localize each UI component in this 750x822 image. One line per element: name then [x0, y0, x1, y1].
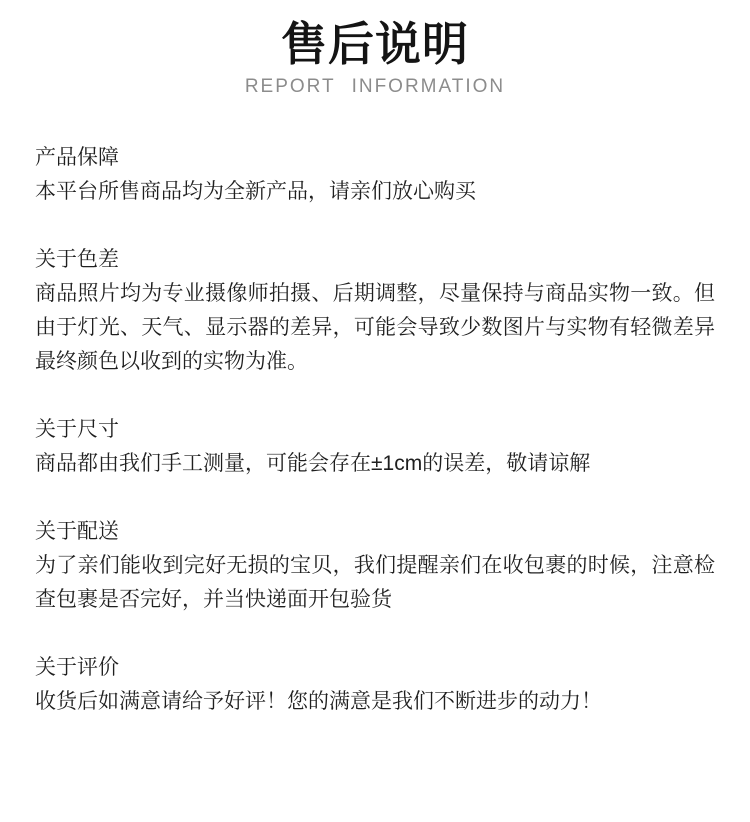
- section-heading: 产品保障: [35, 141, 715, 175]
- sections-container: 产品保障 本平台所售商品均为全新产品，请亲们放心购买 关于色差 商品照片均为专业…: [0, 141, 750, 719]
- section-product-guarantee: 产品保障 本平台所售商品均为全新产品，请亲们放心购买: [35, 141, 715, 209]
- section-color-difference: 关于色差 商品照片均为专业摄像师拍摄、后期调整，尽量保持与商品实物一致。但由于灯…: [35, 243, 715, 379]
- section-heading: 关于配送: [35, 515, 715, 549]
- section-heading: 关于评价: [35, 651, 715, 685]
- section-body: 本平台所售商品均为全新产品，请亲们放心购买: [35, 175, 715, 209]
- section-body: 收货后如满意请给予好评！您的满意是我们不断进步的动力！: [35, 685, 715, 719]
- page-header: 售后说明 REPORT INFORMATION: [0, 0, 750, 99]
- section-body: 商品都由我们手工测量，可能会存在±1cm的误差，敬请谅解: [35, 447, 715, 481]
- section-body: 为了亲们能收到完好无损的宝贝，我们提醒亲们在收包裹的时候，注意检查包裹是否完好，…: [35, 549, 715, 617]
- page-title: 售后说明: [0, 18, 750, 70]
- section-size: 关于尺寸 商品都由我们手工测量，可能会存在±1cm的误差，敬请谅解: [35, 413, 715, 481]
- section-heading: 关于尺寸: [35, 413, 715, 447]
- after-sales-info-page: 售后说明 REPORT INFORMATION 产品保障 本平台所售商品均为全新…: [0, 0, 750, 822]
- section-heading: 关于色差: [35, 243, 715, 277]
- section-review: 关于评价 收货后如满意请给予好评！您的满意是我们不断进步的动力！: [35, 651, 715, 719]
- page-subtitle: REPORT INFORMATION: [0, 75, 750, 99]
- section-delivery: 关于配送 为了亲们能收到完好无损的宝贝，我们提醒亲们在收包裹的时候，注意检查包裹…: [35, 515, 715, 617]
- section-body: 商品照片均为专业摄像师拍摄、后期调整，尽量保持与商品实物一致。但由于灯光、天气、…: [35, 277, 715, 379]
